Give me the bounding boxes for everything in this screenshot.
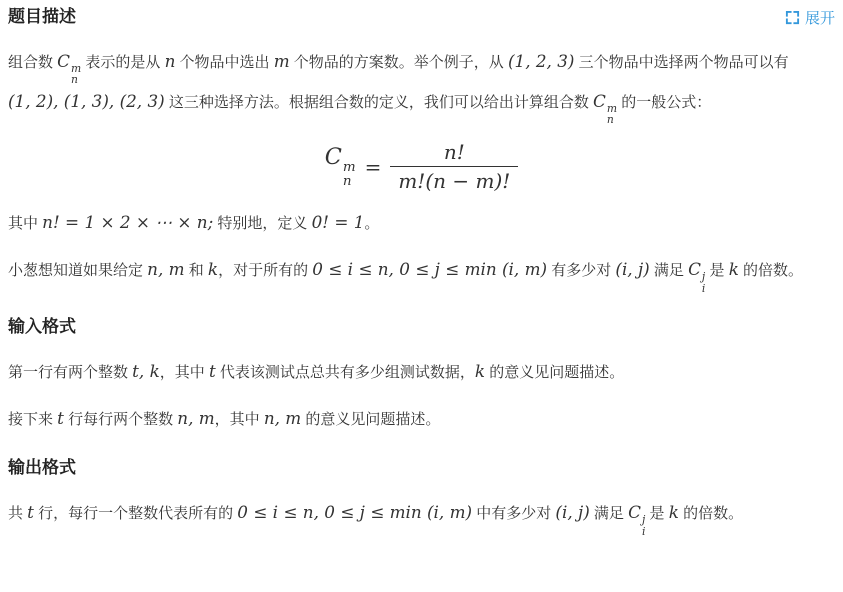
output-paragraph-1: 共 t 行，每行一个整数代表所有的 0 ≤ i ≤ n, 0 ≤ j ≤ min… — [8, 497, 835, 537]
fraction-denominator: m!(n − m)! — [390, 166, 518, 193]
inline-math: t — [27, 502, 34, 522]
inline-math: (i, j) — [615, 259, 649, 279]
input-paragraph-1: 第一行有两个整数 t, k，其中 t 代表该测试点总共有多少组测试数据，k 的意… — [8, 356, 835, 388]
inline-math-combination: Cmn — [593, 91, 617, 111]
inline-math: (1, 2, 3) — [508, 51, 574, 71]
inline-math: n, m — [264, 408, 301, 428]
formula-lhs: Cmn — [325, 144, 356, 190]
section-heading-input: 输入格式 — [8, 316, 835, 338]
expand-button[interactable]: 展开 — [785, 7, 835, 28]
combination-formula: Cmn = n! m!(n − m)! — [8, 141, 835, 193]
description-paragraph-3: 小葱想知道如果给定 n, m 和 k，对于所有的 0 ≤ i ≤ n, 0 ≤ … — [8, 254, 835, 294]
inline-math-combination: Cji — [628, 502, 645, 522]
problem-statement-page: 题目描述 展开 组合数 Cmn 表示的是从 n 个物品中选出 m 个物品的方案数… — [0, 0, 843, 537]
inline-math: 0 ≤ i ≤ n, 0 ≤ j ≤ min (i, m) — [237, 502, 472, 522]
inline-math: t — [209, 361, 216, 381]
inline-math: k — [669, 502, 679, 522]
inline-math: 0 ≤ i ≤ n, 0 ≤ j ≤ min (i, m) — [312, 259, 547, 279]
section-heading-output: 输出格式 — [8, 457, 835, 479]
inline-math: k — [475, 361, 485, 381]
description-paragraph-2: 其中 n! = 1 × 2 × ⋯ × n; 特别地，定义 0! = 1。 — [8, 207, 835, 239]
inline-math-combination: Cmn — [57, 51, 81, 71]
description-paragraph-1: 组合数 Cmn 表示的是从 n 个物品中选出 m 个物品的方案数。举个例子，从 … — [8, 46, 835, 126]
inline-math: k — [729, 259, 739, 279]
inline-math: m — [274, 51, 290, 71]
inline-math: n! = 1 × 2 × ⋯ × n; — [42, 212, 213, 232]
inline-math: t, k — [132, 361, 160, 381]
inline-math: (1, 2), (1, 3), (2, 3) — [8, 91, 165, 111]
expand-corners-icon — [785, 10, 800, 25]
inline-math: 0! = 1 — [312, 212, 365, 232]
inline-math-combination: Cji — [688, 259, 705, 279]
input-paragraph-2: 接下来 t 行每行两个整数 n, m，其中 n, m 的意义见问题描述。 — [8, 403, 835, 435]
formula-equals: = — [365, 155, 382, 179]
inline-math: n — [165, 51, 176, 71]
expand-label: 展开 — [805, 7, 835, 28]
section-heading-description: 题目描述 — [8, 6, 76, 28]
description-header-row: 题目描述 展开 — [8, 6, 835, 28]
inline-math: t — [57, 408, 64, 428]
inline-math: n, m — [147, 259, 184, 279]
inline-math: k — [208, 259, 218, 279]
fraction-numerator: n! — [436, 141, 473, 166]
formula-fraction: n! m!(n − m)! — [390, 141, 518, 193]
inline-math: n, m — [177, 408, 214, 428]
inline-math: (i, j) — [555, 502, 589, 522]
